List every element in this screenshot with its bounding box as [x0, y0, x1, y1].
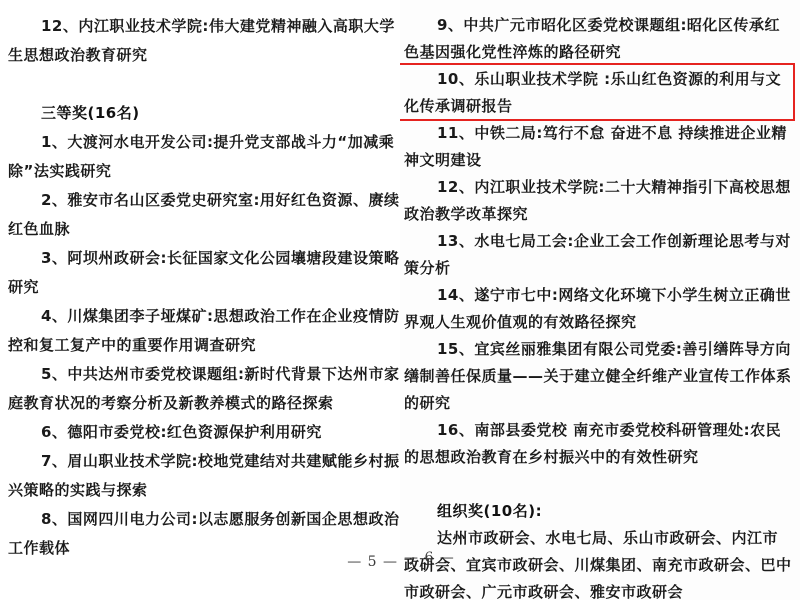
organization-award-list: 达州市政研会、水电七局、乐山市政研会、内江市政研会、宜宾市政研会、川煤集团、南充… [404, 525, 792, 600]
award-item-1: 1、大渡河水电开发公司:提升党支部战斗力“加减乘除”法实践研究 [8, 128, 400, 186]
award-item-5: 5、中共达州市委党校课题组:新时代背景下达州市家庭教育状况的考察分析及新教养模式… [8, 360, 400, 418]
award-item-8: 8、国网四川电力公司:以志愿服务创新国企思想政治工作载体 [8, 505, 400, 563]
section-heading-organization-prize: 组织奖(10名): [404, 498, 792, 525]
award-item-2: 2、雅安市名山区委党史研究室:用好红色资源、赓续红色血脉 [8, 186, 400, 244]
award-item-9: 9、中共广元市昭化区委党校课题组:昭化区传承红色基因强化党性淬炼的路径研究 [404, 12, 792, 66]
page-5: 12、内江职业技术学院:伟大建党精神融入高职大学生思想政治教育研究 三等奖(16… [0, 0, 400, 600]
award-item-14: 14、遂宁市七中:网络文化环境下小学生树立正确世界观人生观价值观的有效路径探究 [404, 282, 792, 336]
award-item-13: 13、水电七局工会:企业工会工作创新理论思考与对策分析 [404, 228, 792, 282]
award-item-10: 10、乐山职业技术学院 :乐山红色资源的利用与文化传承调研报告 [404, 66, 792, 120]
page-number-5: — 5 — [347, 554, 398, 570]
page-number-6: — 6 — [404, 550, 455, 566]
award-item-16: 16、南部县委党校 南充市委党校科研管理处:农民的思想政治教育在乡村振兴中的有效… [404, 417, 792, 471]
award-item-12: 12、内江职业技术学院:二十大精神指引下高校思想政治教学改革探究 [404, 174, 792, 228]
document-spread: 12、内江职业技术学院:伟大建党精神融入高职大学生思想政治教育研究 三等奖(16… [0, 0, 800, 600]
award-item-11: 11、中铁二局:笃行不怠 奋进不息 持续推进企业精神文明建设 [404, 120, 792, 174]
award-item-6: 6、德阳市委党校:红色资源保护利用研究 [8, 418, 400, 447]
page-6: 9、中共广元市昭化区委党校课题组:昭化区传承红色基因强化党性淬炼的路径研究 10… [400, 0, 800, 600]
page-6-body: 9、中共广元市昭化区委党校课题组:昭化区传承红色基因强化党性淬炼的路径研究 10… [400, 0, 800, 600]
highlighted-award-item-10: 10、乐山职业技术学院 :乐山红色资源的利用与文化传承调研报告 [404, 66, 792, 120]
award-item-3: 3、阿坝州政研会:长征国家文化公园壤塘段建设策略研究 [8, 244, 400, 302]
page-5-body: 12、内江职业技术学院:伟大建党精神融入高职大学生思想政治教育研究 三等奖(16… [0, 0, 400, 563]
award-item-7: 7、眉山职业技术学院:校地党建结对共建赋能乡村振兴策略的实践与探索 [8, 447, 400, 505]
award-item-4: 4、川煤集团李子垭煤矿:思想政治工作在企业疫情防控和复工复产中的重要作用调查研究 [8, 302, 400, 360]
award-item-12-carryover: 12、内江职业技术学院:伟大建党精神融入高职大学生思想政治教育研究 [8, 12, 400, 70]
section-heading-third-prize: 三等奖(16名) [8, 99, 400, 128]
award-item-15: 15、宜宾丝丽雅集团有限公司党委:善引缮阵导方向 缮制善任保质量——关于建立健全… [404, 336, 792, 417]
